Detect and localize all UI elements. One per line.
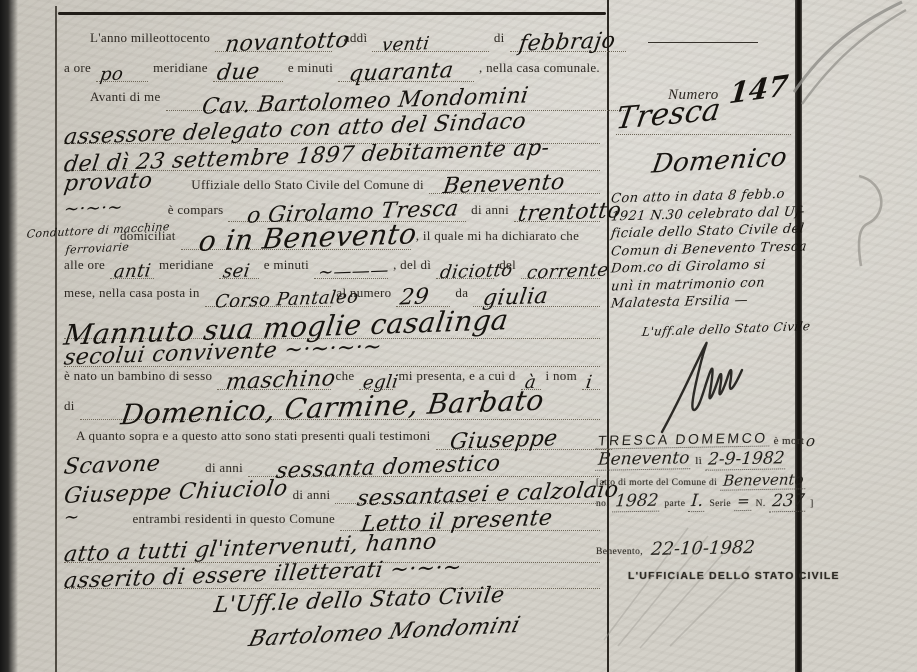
handwritten-witness1-age: sessanta domestico: [275, 453, 502, 483]
form-line: A quanto sopra e a questo atto sono stat…: [64, 428, 612, 450]
printed-text: , il quale mi ha dichiarato che: [416, 228, 579, 244]
death-place: Benevento: [595, 450, 692, 471]
annotation-line: ficiale dello Stato Civile del: [610, 222, 801, 240]
stamp-text: [atto di morte del Comune di: [596, 478, 717, 488]
printed-text: mese, nella casa posta in: [64, 285, 200, 301]
annotation-line: unì in matrimonio con: [610, 275, 801, 293]
printed-text: meridiane: [153, 60, 208, 76]
handwritten-flourish: ~·~·~: [63, 199, 124, 219]
form-line: a ore po meridiane due e minuti quaranta…: [64, 60, 600, 82]
handwritten-child-names: Domenico, Carmine, Barbato: [119, 387, 546, 430]
margin-surname: Tresca: [616, 100, 791, 135]
marriage-annotation: Con atto in data 8 febb.o 1921 N.30 cele…: [611, 190, 801, 313]
book-binding-edge: [0, 0, 18, 672]
handwritten-witness2-name: Giuseppe Chiuciolo: [63, 478, 290, 508]
handwritten-year: novantotto: [223, 30, 350, 56]
stamp-overflow-suffix: o: [805, 434, 815, 449]
margin-occupation-note: Conduttore di macchine ferroviarie: [26, 217, 168, 260]
blank-street: Corso Pantaleo: [205, 303, 332, 307]
deceased-name: TRESCA DOMEMCO: [595, 430, 770, 449]
handwritten-meridian2: anti: [113, 262, 152, 281]
handwritten-flourish: ~: [63, 509, 81, 528]
pencil-mark-top-right: [790, 0, 910, 140]
death-date: 2-9-1982: [705, 450, 787, 470]
handwritten-name-suffix: i: [585, 374, 594, 392]
printed-text: i nom: [546, 368, 577, 384]
handwritten-minutes: quaranta: [348, 60, 455, 86]
form-line: di Domenico, Carmine, Barbato: [64, 398, 600, 420]
blank-witness2-age: sessantasei e calzolaio: [335, 500, 600, 504]
handwritten-day: venti: [380, 35, 430, 55]
annotation-line: Malatesta Ersilia —: [610, 292, 801, 310]
pencil-smudge: [600, 500, 800, 650]
printed-text: è compars: [168, 202, 224, 218]
blank-witness1-age: sessanta domestico: [248, 473, 600, 477]
form-line: ~ entrambi residenti in questo Comune Le…: [64, 509, 600, 531]
handwritten-occupation-1: Conduttore di macchine: [26, 221, 170, 240]
printed-text: Uffiziale dello Stato Civile del Comune …: [191, 177, 424, 193]
printed-text: di: [64, 398, 75, 414]
handwritten-text: provato: [62, 170, 153, 195]
handwritten-witness1-surname: Scavone: [62, 453, 161, 478]
blank-meridian2: anti: [110, 275, 154, 279]
handwritten-street: Corso Pantaleo: [214, 288, 360, 311]
form-line: Avanti di me Cav. Bartolomeo Mondomini: [64, 89, 626, 111]
handwritten-text: secolui convivente ~·~·~·~: [63, 336, 384, 369]
printed-text: mi presenta, e a cui d: [398, 368, 515, 384]
printed-text: alle ore: [64, 257, 105, 273]
handwritten-officer-title: L'Uff.le dello Stato Civile: [213, 585, 506, 617]
blank-residence: o in Benevento: [181, 246, 411, 250]
printed-text: , nella casa comunale.: [479, 60, 600, 76]
stamp-text: è mort: [774, 435, 805, 447]
printed-text: A quanto sopra e a questo atto sono stat…: [76, 428, 431, 444]
handwritten-residence: o in Benevento: [197, 220, 418, 256]
handwritten-sex: maschino: [225, 368, 337, 394]
blank-witness1-first: Giuseppe: [436, 446, 613, 450]
stamp-text: lì: [695, 455, 702, 467]
stamp-row-place-date: Benevento lì 2-9-1982: [596, 451, 796, 470]
stamp-bracket: ]: [810, 499, 814, 509]
officer-signature: Bartolomeo Mondomini: [246, 615, 522, 652]
margin-top-rule: [648, 42, 758, 43]
annotation-line: 1921 N.30 celebrato dal Uf-: [610, 205, 801, 223]
printed-text: meridiane: [159, 257, 214, 273]
annotation-line: Con atto in data 8 febb.o: [610, 187, 801, 205]
printed-text: che: [336, 368, 355, 384]
printed-text: da: [455, 285, 468, 301]
printed-text: di anni: [205, 460, 243, 476]
pencil-mark-curve: [845, 172, 895, 272]
form-line: Scavone di anni sessanta domestico: [64, 455, 600, 477]
printed-text: di anni: [293, 487, 331, 503]
handwritten-witness2-age: sessantasei e calzolaio: [355, 479, 619, 510]
blank-name-suffix: i: [582, 386, 600, 390]
form-line: secolui convivente ~·~·~·~: [64, 340, 600, 367]
blank-comune: Benevento: [429, 190, 600, 194]
blank-hour: due: [213, 78, 283, 82]
blank-birthmonth: corrente: [521, 275, 600, 279]
signature-scrawl-icon: [648, 336, 778, 436]
blank-meridian: po: [96, 78, 148, 82]
blank-official-name: Cav. Bartolomeo Mondomini: [166, 107, 626, 111]
form-line: asserito di essere illetterati ~·~·~: [64, 562, 600, 589]
printed-text: Avanti di me: [90, 89, 161, 105]
blank-minutes: quaranta: [338, 78, 474, 82]
printed-text: di anni: [471, 202, 509, 218]
handwritten-surname: Tresca: [614, 95, 723, 135]
handwritten-hour: due: [215, 61, 261, 85]
handwritten-age: trentotto: [516, 200, 622, 226]
printed-text: e minuti: [288, 60, 333, 76]
act-top-rule: [58, 12, 606, 15]
handwritten-birthmonth: corrente: [526, 262, 610, 283]
printed-text: , del dì: [393, 257, 431, 273]
printed-text: a ore: [64, 60, 91, 76]
official-signature-scrawl: [648, 336, 778, 436]
stamp-row-act: [atto di morte del Comune di Benevento: [596, 473, 796, 490]
handwritten-occupation-2: ferroviarie: [65, 241, 130, 255]
margin-given-name: Domenico: [652, 148, 787, 174]
printed-text: entrambi residenti in questo Comune: [132, 511, 335, 527]
handwritten-given-name: Domenico: [650, 144, 789, 177]
blank-month: febbrajo: [510, 48, 626, 52]
blank-birthday: diciotto: [436, 275, 494, 279]
form-line: mese, nella casa posta in Corso Pantaleo…: [64, 285, 600, 307]
handwritten-witness1-first: Giuseppe: [448, 428, 559, 454]
form-line: Mannuto sua moglie casalinga: [64, 312, 600, 339]
scanned-birth-record: L'anno milleottocento novantotto , addì …: [0, 0, 917, 672]
handwritten-comune: Benevento: [441, 172, 566, 198]
annotation-line: Dom.co di Girolamo si: [610, 257, 801, 275]
blank-hour2: sei: [219, 275, 259, 279]
handwritten-birthday: diciotto: [439, 262, 514, 283]
blank-closing: Letto il presente: [340, 527, 600, 531]
form-line: Giuseppe Chiuciolo di anni sessantasei e…: [64, 482, 600, 504]
printed-text: di: [494, 30, 505, 46]
form-line: L'anno milleottocento novantotto , addì …: [64, 30, 626, 52]
blank-sex: maschino: [217, 386, 330, 390]
handwritten-minutes2: ~———: [317, 262, 390, 283]
annotation-line: Comun di Benevento Tresca: [610, 240, 801, 258]
handwritten-hour2: sei: [221, 262, 250, 281]
stamp-row-name: TRESCA DOMEMCO è mort: [596, 432, 796, 448]
blank-year: novantotto: [215, 48, 331, 52]
form-line: provato Uffiziale dello Stato Civile del…: [64, 172, 600, 194]
blank-age: trentotto: [514, 218, 600, 222]
blank-day: venti: [372, 48, 488, 52]
printed-text: L'anno milleottocento: [90, 30, 210, 46]
form-line: alle ore anti meridiane sei e minuti ~——…: [64, 257, 600, 279]
printed-text: e minuti: [264, 257, 309, 273]
act-left-rule: [55, 6, 57, 672]
printed-text: è nato un bambino di sesso: [64, 368, 212, 384]
death-act-comune: Benevento: [720, 472, 806, 491]
handwritten-meridian: po: [99, 66, 125, 85]
form-line: del dì 23 settembre 1897 debitamente ap-: [64, 144, 600, 171]
blank-minutes2: ~———: [314, 275, 388, 279]
blank-child-names: Domenico, Carmine, Barbato: [80, 416, 600, 420]
handwritten-month: febbrajo: [517, 30, 616, 55]
